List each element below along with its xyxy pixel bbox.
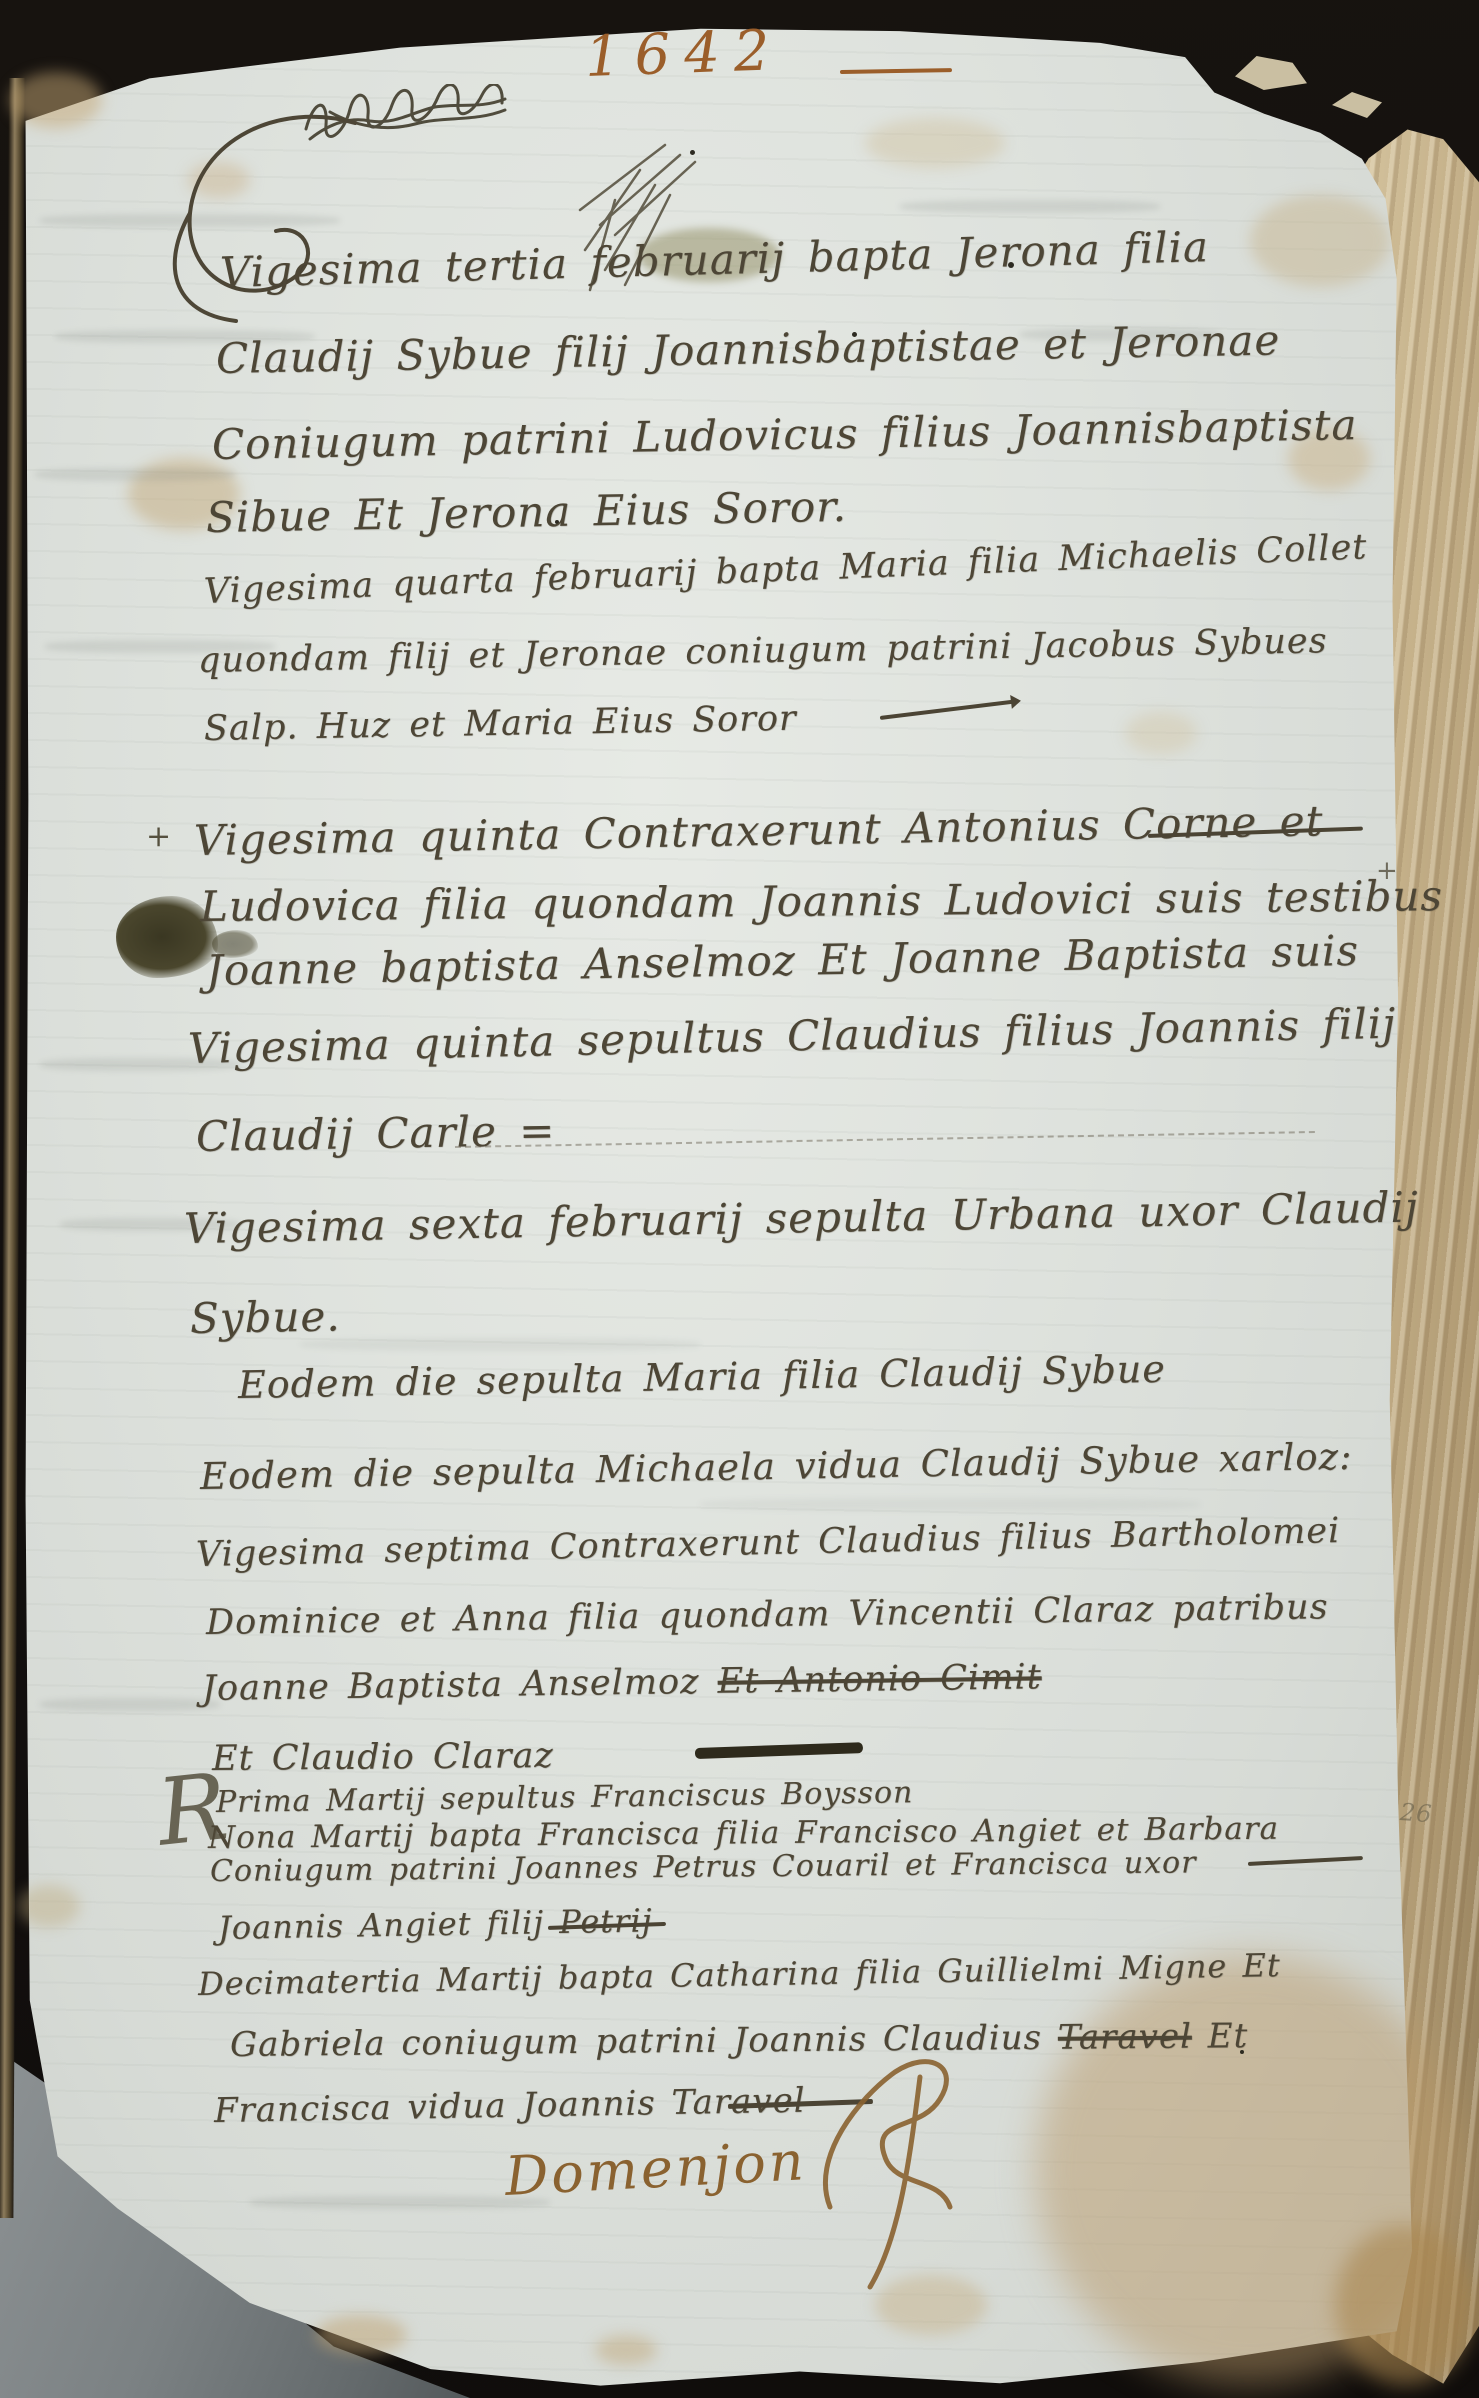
margin-note: 26 — [1399, 1800, 1433, 1826]
signature: Domenjon — [504, 2134, 808, 2204]
register-line: Sibue Et Jerona Eius Soror. — [206, 486, 848, 539]
stain — [18, 1885, 80, 1927]
stain — [865, 118, 1005, 168]
register-line: Gabriela coniugum patrini Joannis Claudi… — [230, 2019, 1248, 2062]
flourish-initial — [140, 95, 370, 335]
struck-text: Taravel — [1058, 2017, 1192, 2058]
register-line: Francisca vidua Joannis Taravel — [214, 2084, 806, 2128]
paper-fleck — [1235, 56, 1307, 90]
signature-paraph — [800, 2035, 980, 2300]
bleed-through — [900, 200, 1160, 213]
register-line: Sybue. — [190, 1295, 341, 1340]
year-heading: 1642 — [584, 23, 784, 86]
stain — [315, 2315, 407, 2355]
register-line: Et Claudio Claraz — [212, 1739, 554, 1777]
stain — [595, 2335, 657, 2365]
stain — [1335, 2225, 1475, 2385]
struck-text: Et Antonio Cimit — [717, 1657, 1042, 1702]
stain — [1250, 195, 1390, 287]
manuscript-scan: 1642 Vigesima tertia februarij bapta Jer… — [0, 0, 1479, 2398]
bleed-through — [300, 1338, 700, 1351]
bleed-through — [40, 1698, 220, 1711]
margin-cross: + — [146, 822, 172, 852]
register-line: Claudij Carle = — [196, 1110, 556, 1158]
stain — [10, 72, 102, 128]
register-line: Salp. Huz et Maria Eius Soror — [204, 702, 797, 747]
register-line: Coniugum patrini Joannes Petrus Couaril … — [210, 1848, 1197, 1887]
bleed-through — [250, 2196, 550, 2209]
register-line-segment: Joanne Baptista Anselmoz — [202, 1662, 718, 1709]
bleed-through — [35, 468, 235, 481]
paper-fleck — [1332, 92, 1382, 118]
register-line-segment: Et — [1192, 2016, 1249, 2056]
register-line: Ludovica filia quondam Joannis Ludovici … — [200, 875, 1443, 928]
bleed-through — [700, 1498, 1200, 1511]
stain — [1125, 712, 1197, 754]
